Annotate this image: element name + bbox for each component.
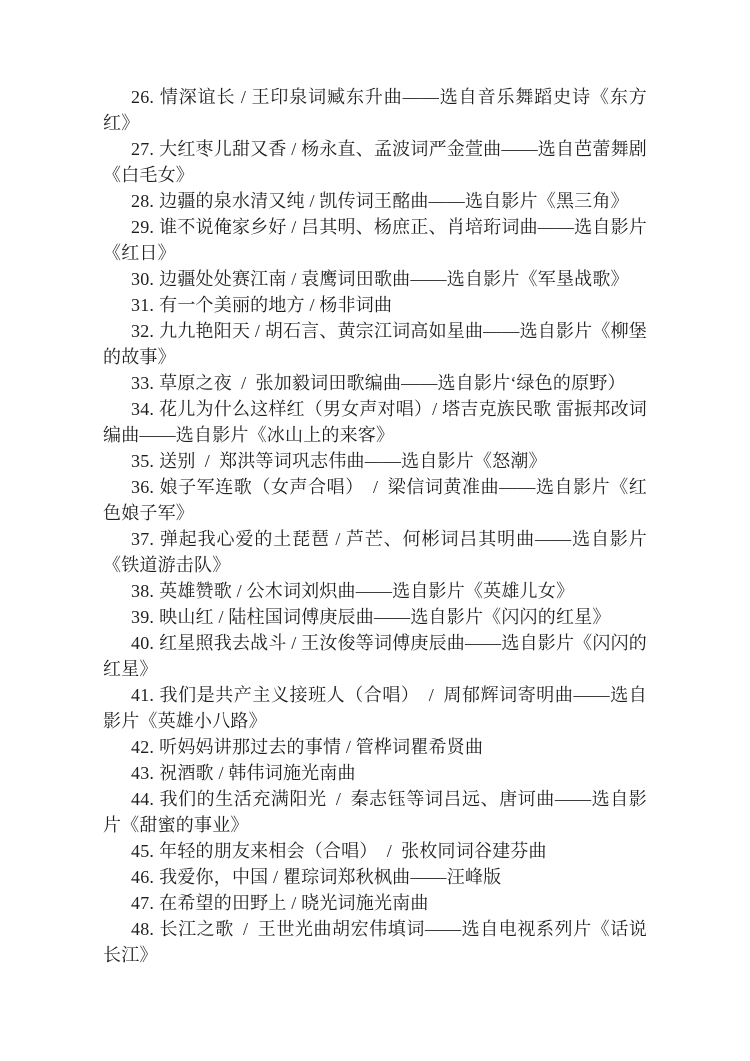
song-list-entry: 33.草原之夜 / 张加毅词田歌编曲——选自影片‘绿色的原野） [103, 370, 647, 396]
song-list-entry: 30.边疆处处赛江南 / 袁鹰词田歌曲——选自影片《军垦战歌》 [103, 266, 647, 292]
song-list: 26.情深谊长 / 王印泉词臧东升曲——选自音乐舞蹈史诗《东方红》 27.大红枣… [103, 84, 647, 968]
song-list-entry: 27.大红枣儿甜又香 / 杨永直、孟波词严金萱曲——选自芭蕾舞剧《白毛女》 [103, 136, 647, 188]
entry-number: 42. [131, 737, 154, 757]
entry-number: 47. [131, 893, 154, 913]
song-list-entry: 47.在希望的田野上 / 晓光词施光南曲 [103, 890, 647, 916]
entry-number: 39. [131, 607, 154, 627]
entry-number: 43. [131, 763, 154, 783]
entry-number: 44. [131, 789, 154, 809]
entry-text: 英雄赞歌 / 公木词刘炽曲——选自影片《英雄儿女》 [159, 581, 574, 601]
song-list-entry: 41.我们是共产主义接班人（合唱） / 周郁辉词寄明曲——选自影片《英雄小八路》 [103, 682, 647, 734]
song-list-entry: 28.边疆的泉水清又纯 / 凯传词王酩曲——选自影片《黑三角》 [103, 188, 647, 214]
entry-number: 34. [131, 399, 154, 419]
song-list-entry: 36.娘子军连歌（女声合唱） / 梁信词黄准曲——选自影片《红色娘子军》 [103, 474, 647, 526]
entry-text: 送别 / 郑洪等词巩志伟曲——选自影片《怒潮》 [159, 451, 547, 471]
entry-text: 娘子军连歌（女声合唱） / 梁信词黄准曲——选自影片《红色娘子军》 [103, 477, 647, 523]
entry-text: 祝酒歌 / 韩伟词施光南曲 [159, 763, 356, 783]
entry-number: 30. [131, 269, 154, 289]
song-list-entry: 43.祝酒歌 / 韩伟词施光南曲 [103, 760, 647, 786]
song-list-entry: 31.有一个美丽的地方 / 杨非词曲 [103, 292, 647, 318]
entry-text: 花儿为什么这样红（男女声对唱）/ 塔吉克族民歌 雷振邦改词编曲——选自影片《冰山… [103, 399, 647, 445]
entry-number: 27. [131, 139, 154, 159]
entry-text: 弹起我心爱的土琵琶 / 芦芒、何彬词吕其明曲——选自影片《铁道游击队》 [103, 529, 647, 575]
entry-number: 38. [131, 581, 154, 601]
entry-number: 26. [131, 87, 154, 107]
song-list-entry: 44.我们的生活充满阳光 / 秦志钰等词吕远、唐诃曲——选自影片《甜蜜的事业》 [103, 786, 647, 838]
song-list-entry: 26.情深谊长 / 王印泉词臧东升曲——选自音乐舞蹈史诗《东方红》 [103, 84, 647, 136]
entry-number: 46. [131, 867, 154, 887]
song-list-entry: 48.长江之歌 / 王世光曲胡宏伟填词——选自电视系列片《话说长江》 [103, 916, 647, 968]
entry-text: 映山红 / 陆柱国词傅庚辰曲——选自影片《闪闪的红星》 [159, 607, 610, 627]
entry-number: 40. [131, 633, 154, 653]
entry-text: 谁不说俺家乡好 / 吕其明、杨庶正、肖培珩词曲——选自影片《红日》 [103, 217, 647, 263]
entry-text: 听妈妈讲那过去的事情 / 管桦词瞿希贤曲 [159, 737, 483, 757]
entry-text: 草原之夜 / 张加毅词田歌编曲——选自影片‘绿色的原野） [159, 373, 626, 393]
entry-text: 在希望的田野上 / 晓光词施光南曲 [159, 893, 428, 913]
entry-text: 有一个美丽的地方 / 杨非词曲 [159, 295, 392, 315]
entry-text: 边疆的泉水清又纯 / 凯传词王酩曲——选自影片《黑三角》 [159, 191, 629, 211]
entry-text: 情深谊长 / 王印泉词臧东升曲——选自音乐舞蹈史诗《东方红》 [103, 87, 647, 133]
entry-number: 28. [131, 191, 154, 211]
song-list-entry: 38.英雄赞歌 / 公木词刘炽曲——选自影片《英雄儿女》 [103, 578, 647, 604]
song-list-entry: 39.映山红 / 陆柱国词傅庚辰曲——选自影片《闪闪的红星》 [103, 604, 647, 630]
entry-text: 大红枣儿甜又香 / 杨永直、孟波词严金萱曲——选自芭蕾舞剧《白毛女》 [103, 139, 647, 185]
song-list-entry: 40.红星照我去战斗 / 王汝俊等词傅庚辰曲——选自影片《闪闪的红星》 [103, 630, 647, 682]
song-list-entry: 42.听妈妈讲那过去的事情 / 管桦词瞿希贤曲 [103, 734, 647, 760]
entry-text: 长江之歌 / 王世光曲胡宏伟填词——选自电视系列片《话说长江》 [103, 919, 647, 965]
song-list-entry: 32.九九艳阳天 / 胡石言、黄宗江词高如星曲——选自影片《柳堡的故事》 [103, 318, 647, 370]
song-list-entry: 34.花儿为什么这样红（男女声对唱）/ 塔吉克族民歌 雷振邦改词编曲——选自影片… [103, 396, 647, 448]
entry-text: 边疆处处赛江南 / 袁鹰词田歌曲——选自影片《军垦战歌》 [159, 269, 629, 289]
entry-number: 33. [131, 373, 154, 393]
song-list-entry: 37.弹起我心爱的土琵琶 / 芦芒、何彬词吕其明曲——选自影片《铁道游击队》 [103, 526, 647, 578]
song-list-entry: 35.送别 / 郑洪等词巩志伟曲——选自影片《怒潮》 [103, 448, 647, 474]
song-list-entry: 46.我爱你，中国 / 瞿琮词郑秋枫曲——汪峰版 [103, 864, 647, 890]
entry-number: 48. [131, 919, 154, 939]
entry-text: 年轻的朋友来相会（合唱） / 张枚同词谷建芬曲 [159, 841, 547, 861]
song-list-entry: 45.年轻的朋友来相会（合唱） / 张枚同词谷建芬曲 [103, 838, 647, 864]
entry-number: 45. [131, 841, 154, 861]
entry-text: 红星照我去战斗 / 王汝俊等词傅庚辰曲——选自影片《闪闪的红星》 [103, 633, 647, 679]
song-list-entry: 29.谁不说俺家乡好 / 吕其明、杨庶正、肖培珩词曲——选自影片《红日》 [103, 214, 647, 266]
entry-number: 31. [131, 295, 154, 315]
document-page: 26.情深谊长 / 王印泉词臧东升曲——选自音乐舞蹈史诗《东方红》 27.大红枣… [0, 0, 750, 1061]
entry-text: 我爱你，中国 / 瞿琮词郑秋枫曲——汪峰版 [159, 867, 501, 887]
entry-number: 37. [131, 529, 154, 549]
entry-number: 41. [131, 685, 154, 705]
entry-number: 36. [131, 477, 154, 497]
entry-number: 32. [131, 321, 154, 341]
entry-text: 我们的生活充满阳光 / 秦志钰等词吕远、唐诃曲——选自影片《甜蜜的事业》 [103, 789, 647, 835]
entry-number: 29. [131, 217, 154, 237]
entry-text: 我们是共产主义接班人（合唱） / 周郁辉词寄明曲——选自影片《英雄小八路》 [103, 685, 647, 731]
entry-text: 九九艳阳天 / 胡石言、黄宗江词高如星曲——选自影片《柳堡的故事》 [103, 321, 647, 367]
entry-number: 35. [131, 451, 154, 471]
